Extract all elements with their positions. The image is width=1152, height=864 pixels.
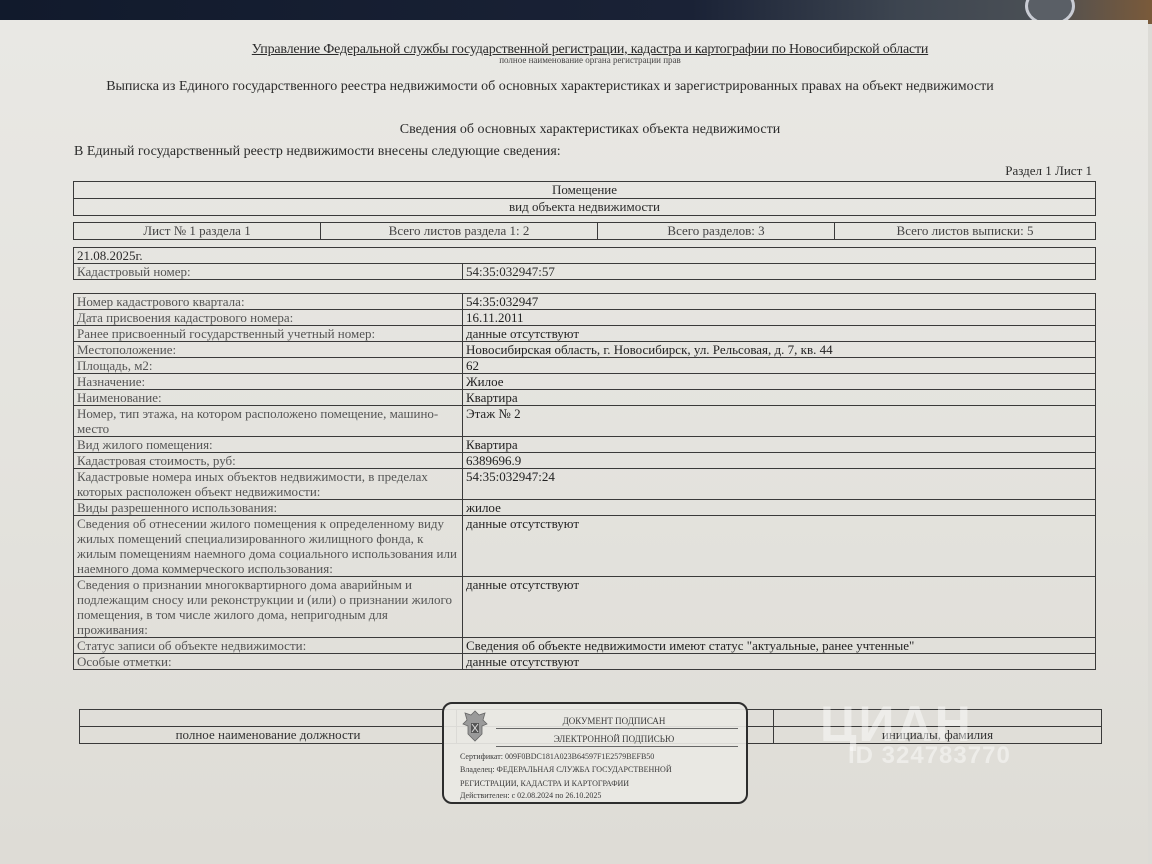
total-extract-sheets: Всего листов выписки: 5 bbox=[835, 223, 1096, 240]
table-row: Кадастровые номера иных объектов недвижи… bbox=[74, 469, 1096, 500]
table-row: Виды разрешенного использования:жилое bbox=[74, 500, 1096, 516]
row-label: Виды разрешенного использования: bbox=[74, 500, 463, 516]
stamp-validity: Действителен: с 02.08.2024 по 26.10.2025 bbox=[460, 791, 601, 800]
watermark-id: ID 324783770 bbox=[848, 742, 1011, 770]
row-label: Сведения о признании многоквартирного до… bbox=[74, 577, 463, 638]
extract-date: 21.08.2025г. bbox=[74, 248, 1096, 264]
row-value: данные отсутствуют bbox=[463, 654, 1096, 670]
total-sections: Всего разделов: 3 bbox=[598, 223, 835, 240]
row-value: Жилое bbox=[463, 374, 1096, 390]
table-row: Сведения об отнесении жилого помещения к… bbox=[74, 516, 1096, 577]
row-label: Номер кадастрового квартала: bbox=[74, 294, 463, 310]
row-label: Номер, тип этажа, на котором расположено… bbox=[74, 406, 463, 437]
characteristics-table: Номер кадастрового квартала:54:35:032947… bbox=[73, 293, 1096, 670]
agency-caption: полное наименование органа регистрации п… bbox=[150, 55, 1030, 65]
stamp-owner-line1: Владелец: ФЕДЕРАЛЬНАЯ СЛУЖБА ГОСУДАРСТВЕ… bbox=[460, 765, 672, 774]
sheets-table: Лист № 1 раздела 1 Всего листов раздела … bbox=[73, 222, 1096, 240]
total-section-sheets: Всего листов раздела 1: 2 bbox=[321, 223, 598, 240]
row-label: Вид жилого помещения: bbox=[74, 437, 463, 453]
row-value: 62 bbox=[463, 358, 1096, 374]
table-row: Ранее присвоенный государственный учетны… bbox=[74, 326, 1096, 342]
table-row: Назначение:Жилое bbox=[74, 374, 1096, 390]
stamp-owner-line2: РЕГИСТРАЦИИ, КАДАСТРА И КАРТОГРАФИИ bbox=[460, 779, 629, 788]
row-label: Особые отметки: bbox=[74, 654, 463, 670]
row-value: жилое bbox=[463, 500, 1096, 516]
stamp-divider bbox=[496, 728, 738, 729]
table-row: Дата присвоения кадастрового номера:16.1… bbox=[74, 310, 1096, 326]
section-sheet-label: Раздел 1 Лист 1 bbox=[1005, 163, 1092, 179]
table-row: Площадь, м2:62 bbox=[74, 358, 1096, 374]
electronic-signature-stamp: ДОКУМЕНТ ПОДПИСАН ЭЛЕКТРОННОЙ ПОДПИСЬЮ С… bbox=[442, 702, 748, 804]
row-value: Этаж № 2 bbox=[463, 406, 1096, 437]
cadastral-table: 21.08.2025г. Кадастровый номер: 54:35:03… bbox=[73, 247, 1096, 280]
row-label: Статус записи об объекте недвижимости: bbox=[74, 638, 463, 654]
row-value: 54:35:032947:24 bbox=[463, 469, 1096, 500]
row-label: Сведения об отнесении жилого помещения к… bbox=[74, 516, 463, 577]
table-row: Особые отметки:данные отсутствуют bbox=[74, 654, 1096, 670]
row-value: данные отсутствуют bbox=[463, 516, 1096, 577]
stamp-certificate: Сертификат: 009F0BDC181A023B64597F1E2579… bbox=[460, 752, 654, 761]
row-value: данные отсутствуют bbox=[463, 577, 1096, 638]
table-row: Местоположение:Новосибирская область, г.… bbox=[74, 342, 1096, 358]
row-value: Сведения об объекте недвижимости имеют с… bbox=[463, 638, 1096, 654]
object-type-table: Помещение вид объекта недвижимости bbox=[73, 181, 1096, 216]
row-value: Квартира bbox=[463, 437, 1096, 453]
row-value: Новосибирская область, г. Новосибирск, у… bbox=[463, 342, 1096, 358]
table-row: Номер кадастрового квартала:54:35:032947 bbox=[74, 294, 1096, 310]
coat-of-arms-icon bbox=[460, 708, 490, 744]
table-row: Номер, тип этажа, на котором расположено… bbox=[74, 406, 1096, 437]
row-value: данные отсутствуют bbox=[463, 326, 1096, 342]
row-label: Кадастровые номера иных объектов недвижи… bbox=[74, 469, 463, 500]
row-label: Дата присвоения кадастрового номера: bbox=[74, 310, 463, 326]
object-type: Помещение bbox=[74, 182, 1096, 199]
stamp-divider bbox=[496, 746, 738, 747]
stamp-title-line2: ЭЛЕКТРОННОЙ ПОДПИСЬЮ bbox=[504, 734, 724, 744]
table-row: Вид жилого помещения:Квартира bbox=[74, 437, 1096, 453]
row-label: Ранее присвоенный государственный учетны… bbox=[74, 326, 463, 342]
sheet-number: Лист № 1 раздела 1 bbox=[74, 223, 321, 240]
position-field bbox=[80, 710, 457, 727]
table-row: Статус записи об объекте недвижимости:Св… bbox=[74, 638, 1096, 654]
intro-text: В Единый государственный реестр недвижим… bbox=[74, 144, 561, 160]
document-title: Выписка из Единого государственного реес… bbox=[60, 79, 1040, 95]
section-title: Сведения об основных характеристиках объ… bbox=[150, 122, 1030, 138]
table-row: Сведения о признании многоквартирного до… bbox=[74, 577, 1096, 638]
table-row: Кадастровая стоимость, руб:6389696.9 bbox=[74, 453, 1096, 469]
row-value: 6389696.9 bbox=[463, 453, 1096, 469]
cadastral-number-value: 54:35:032947:57 bbox=[463, 264, 1096, 280]
row-label: Местоположение: bbox=[74, 342, 463, 358]
position-caption: полное наименование должности bbox=[80, 727, 457, 744]
row-label: Площадь, м2: bbox=[74, 358, 463, 374]
object-type-caption: вид объекта недвижимости bbox=[74, 199, 1096, 216]
stamp-title-line1: ДОКУМЕНТ ПОДПИСАН bbox=[504, 716, 724, 726]
row-value: Квартира bbox=[463, 390, 1096, 406]
row-value: 54:35:032947 bbox=[463, 294, 1096, 310]
row-label: Кадастровая стоимость, руб: bbox=[74, 453, 463, 469]
row-label: Назначение: bbox=[74, 374, 463, 390]
row-label: Наименование: bbox=[74, 390, 463, 406]
table-row: Наименование:Квартира bbox=[74, 390, 1096, 406]
cadastral-number-label: Кадастровый номер: bbox=[74, 264, 463, 280]
row-value: 16.11.2011 bbox=[463, 310, 1096, 326]
